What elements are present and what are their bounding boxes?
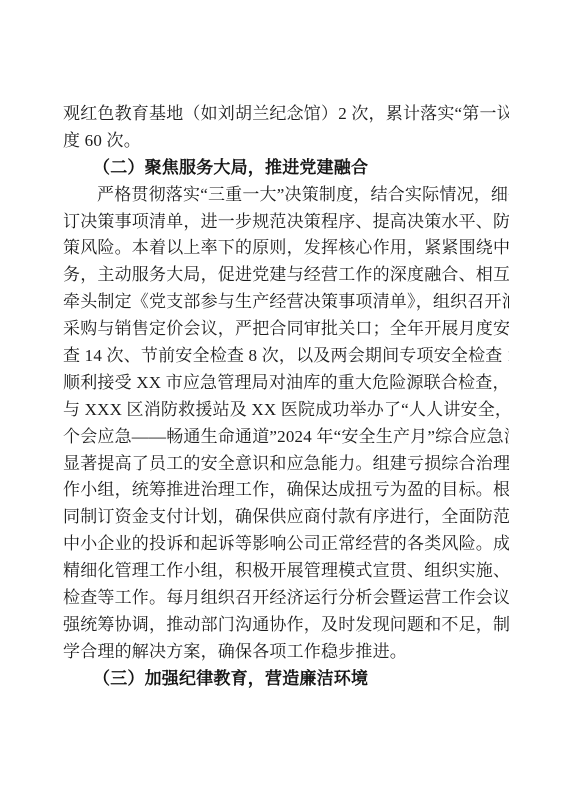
text-line: 显著提高了员工的安全意识和应急能力。组建亏损综合治理工 (63, 451, 509, 478)
text-line: 严格贯彻落实“三重一大”决策制度，结合实际情况，细化修 (63, 182, 509, 209)
text-line: 订决策事项清单，进一步规范决策程序、提高决策水平、防范决 (63, 209, 509, 236)
section-heading-2: （二）聚焦服务大局，推进党建融合 (63, 155, 509, 182)
text-line: 采购与销售定价会议，严把合同审批关口；全年开展月度安全检 (63, 316, 509, 343)
text-line: 策风险。本着以上率下的原则，发挥核心作用，紧紧围绕中心任 (63, 235, 509, 262)
text-line: 检查等工作。每月组织召开经济运行分析会暨运营工作会议，加 (63, 585, 509, 612)
text-line: 与 XXX 区消防救援站及 XX 医院成功举办了“人人讲安全，个 (63, 397, 509, 424)
paragraph-main: 严格贯彻落实“三重一大”决策制度，结合实际情况，细化修 订决策事项清单，进一步规… (63, 182, 509, 666)
text-line: 务，主动服务大局，促进党建与经营工作的深度融合、相互促进。 (63, 262, 509, 289)
document-page: 观红色教育基地（如刘胡兰纪念馆）2 次，累计落实“第一议题”制 度 60 次。 … (0, 0, 570, 807)
text-line: 精细化管理工作小组，积极开展管理模式宣贯、组织实施、督导 (63, 558, 509, 585)
text-line: 中小企业的投诉和起诉等影响公司正常经营的各类风险。成立 (63, 531, 509, 558)
section-heading-3: （三）加强纪律教育，营造廉洁环境 (63, 666, 509, 693)
text-line: 个会应急——畅通生命通道”2024 年“安全生产月”综合应急演练， (63, 424, 509, 451)
text-line: 顺利接受 XX 市应急管理局对油库的重大危险源联合检查，并 (63, 370, 509, 397)
text-line: 作小组，统筹推进治理工作，确保达成扭亏为盈的目标。根据合 (63, 477, 509, 504)
text-line: 强统筹协调，推动部门沟通协作，及时发现问题和不足，制定科 (63, 612, 509, 639)
text-line: 同制订资金支付计划，确保供应商付款有序进行，全面防范化解 (63, 504, 509, 531)
text-line: 观红色教育基地（如刘胡兰纪念馆）2 次，累计落实“第一议题”制 (63, 101, 509, 128)
text-line: 查 14 次、节前安全检查 8 次，以及两会期间专项安全检查 1 次， (63, 343, 509, 370)
document-text-body: 观红色教育基地（如刘胡兰纪念馆）2 次，累计落实“第一议题”制 度 60 次。 … (63, 101, 509, 693)
paragraph-continuation: 观红色教育基地（如刘胡兰纪念馆）2 次，累计落实“第一议题”制 度 60 次。 (63, 101, 509, 155)
text-line: 牵头制定《党支部参与生产经营决策事项清单》，组织召开油品 (63, 289, 509, 316)
text-line: 度 60 次。 (63, 128, 509, 155)
text-line: 学合理的解决方案，确保各项工作稳步推进。 (63, 639, 509, 666)
